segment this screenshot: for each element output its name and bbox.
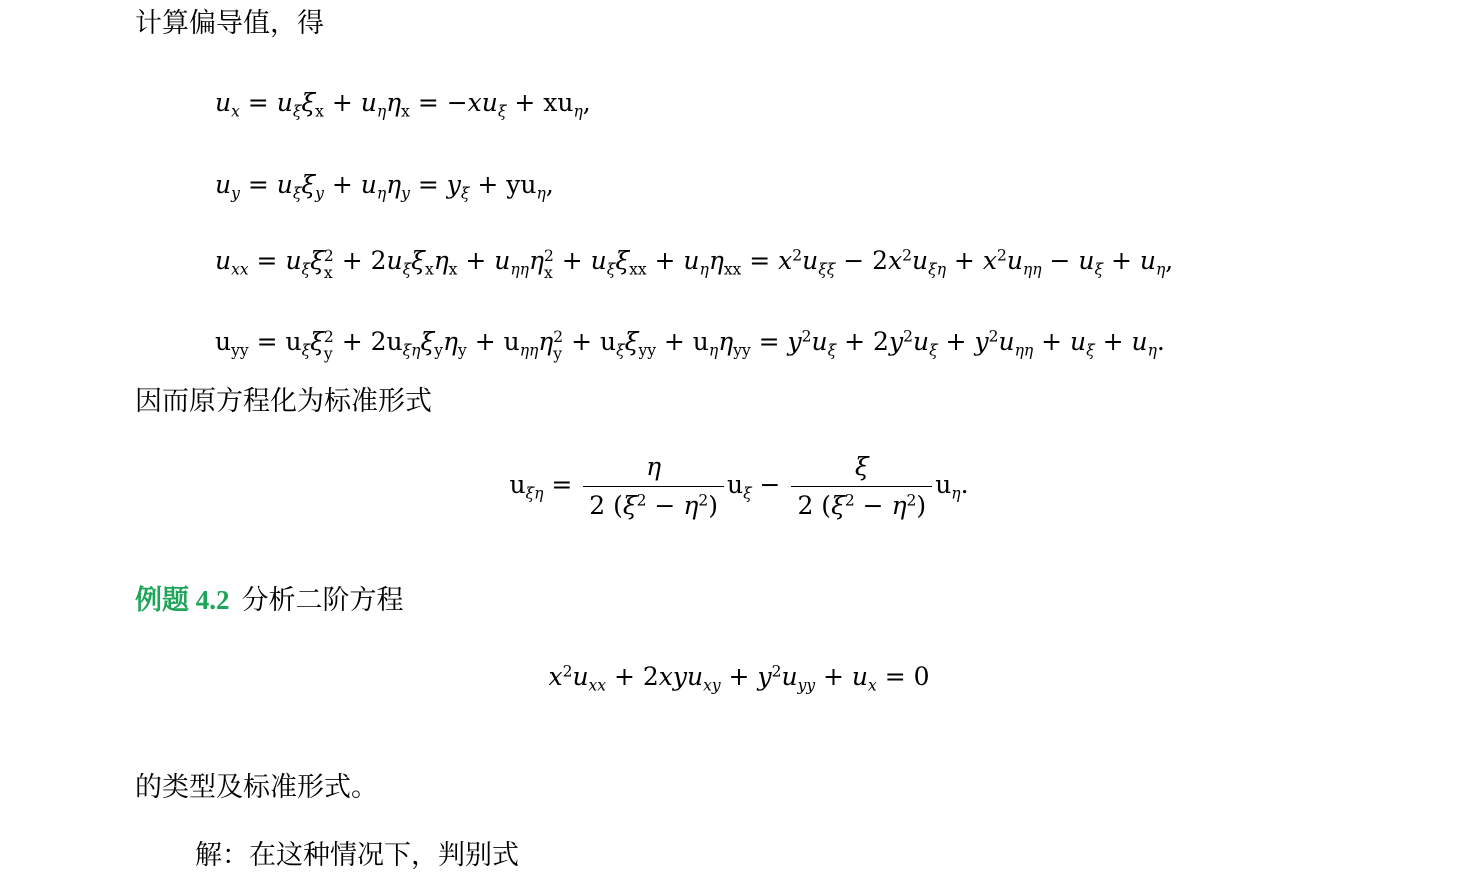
equation-ux: ux = uξξx + uηηx = −xuξ + xuη, [215,88,591,118]
solution-intro-text: 解：在这种情况下，判别式 [195,838,519,873]
standard-form-intro-text: 因而原方程化为标准形式 [135,384,432,419]
equation-uy: uy = uξξy + uηηy = yξ + yuη, [215,170,554,200]
example-heading: 例题 4.2分析二阶方程 [135,583,404,618]
intro-text: 计算偏导值，得 [135,6,324,41]
type-and-standard-form-text: 的类型及标准形式。 [135,770,378,805]
equation-uxx: uxx = uξξ2x + 2uξξxηx + uηηη2x + uξξxx +… [215,246,1173,281]
example-equation: x2uxx + 2xyuxy + y2uyy + ux = 0 [0,662,1478,692]
equation-standard-form: uξη = η2 (ξ2 − η2)uξ − ξ2 (ξ2 − η2)uη. [0,452,1478,521]
equation-uyy: uyy = uξξ2y + 2uξηξyηy + uηηη2y + uξξyy … [215,327,1165,362]
example-label: 例题 4.2 [135,585,230,615]
example-title: 分析二阶方程 [242,585,404,615]
